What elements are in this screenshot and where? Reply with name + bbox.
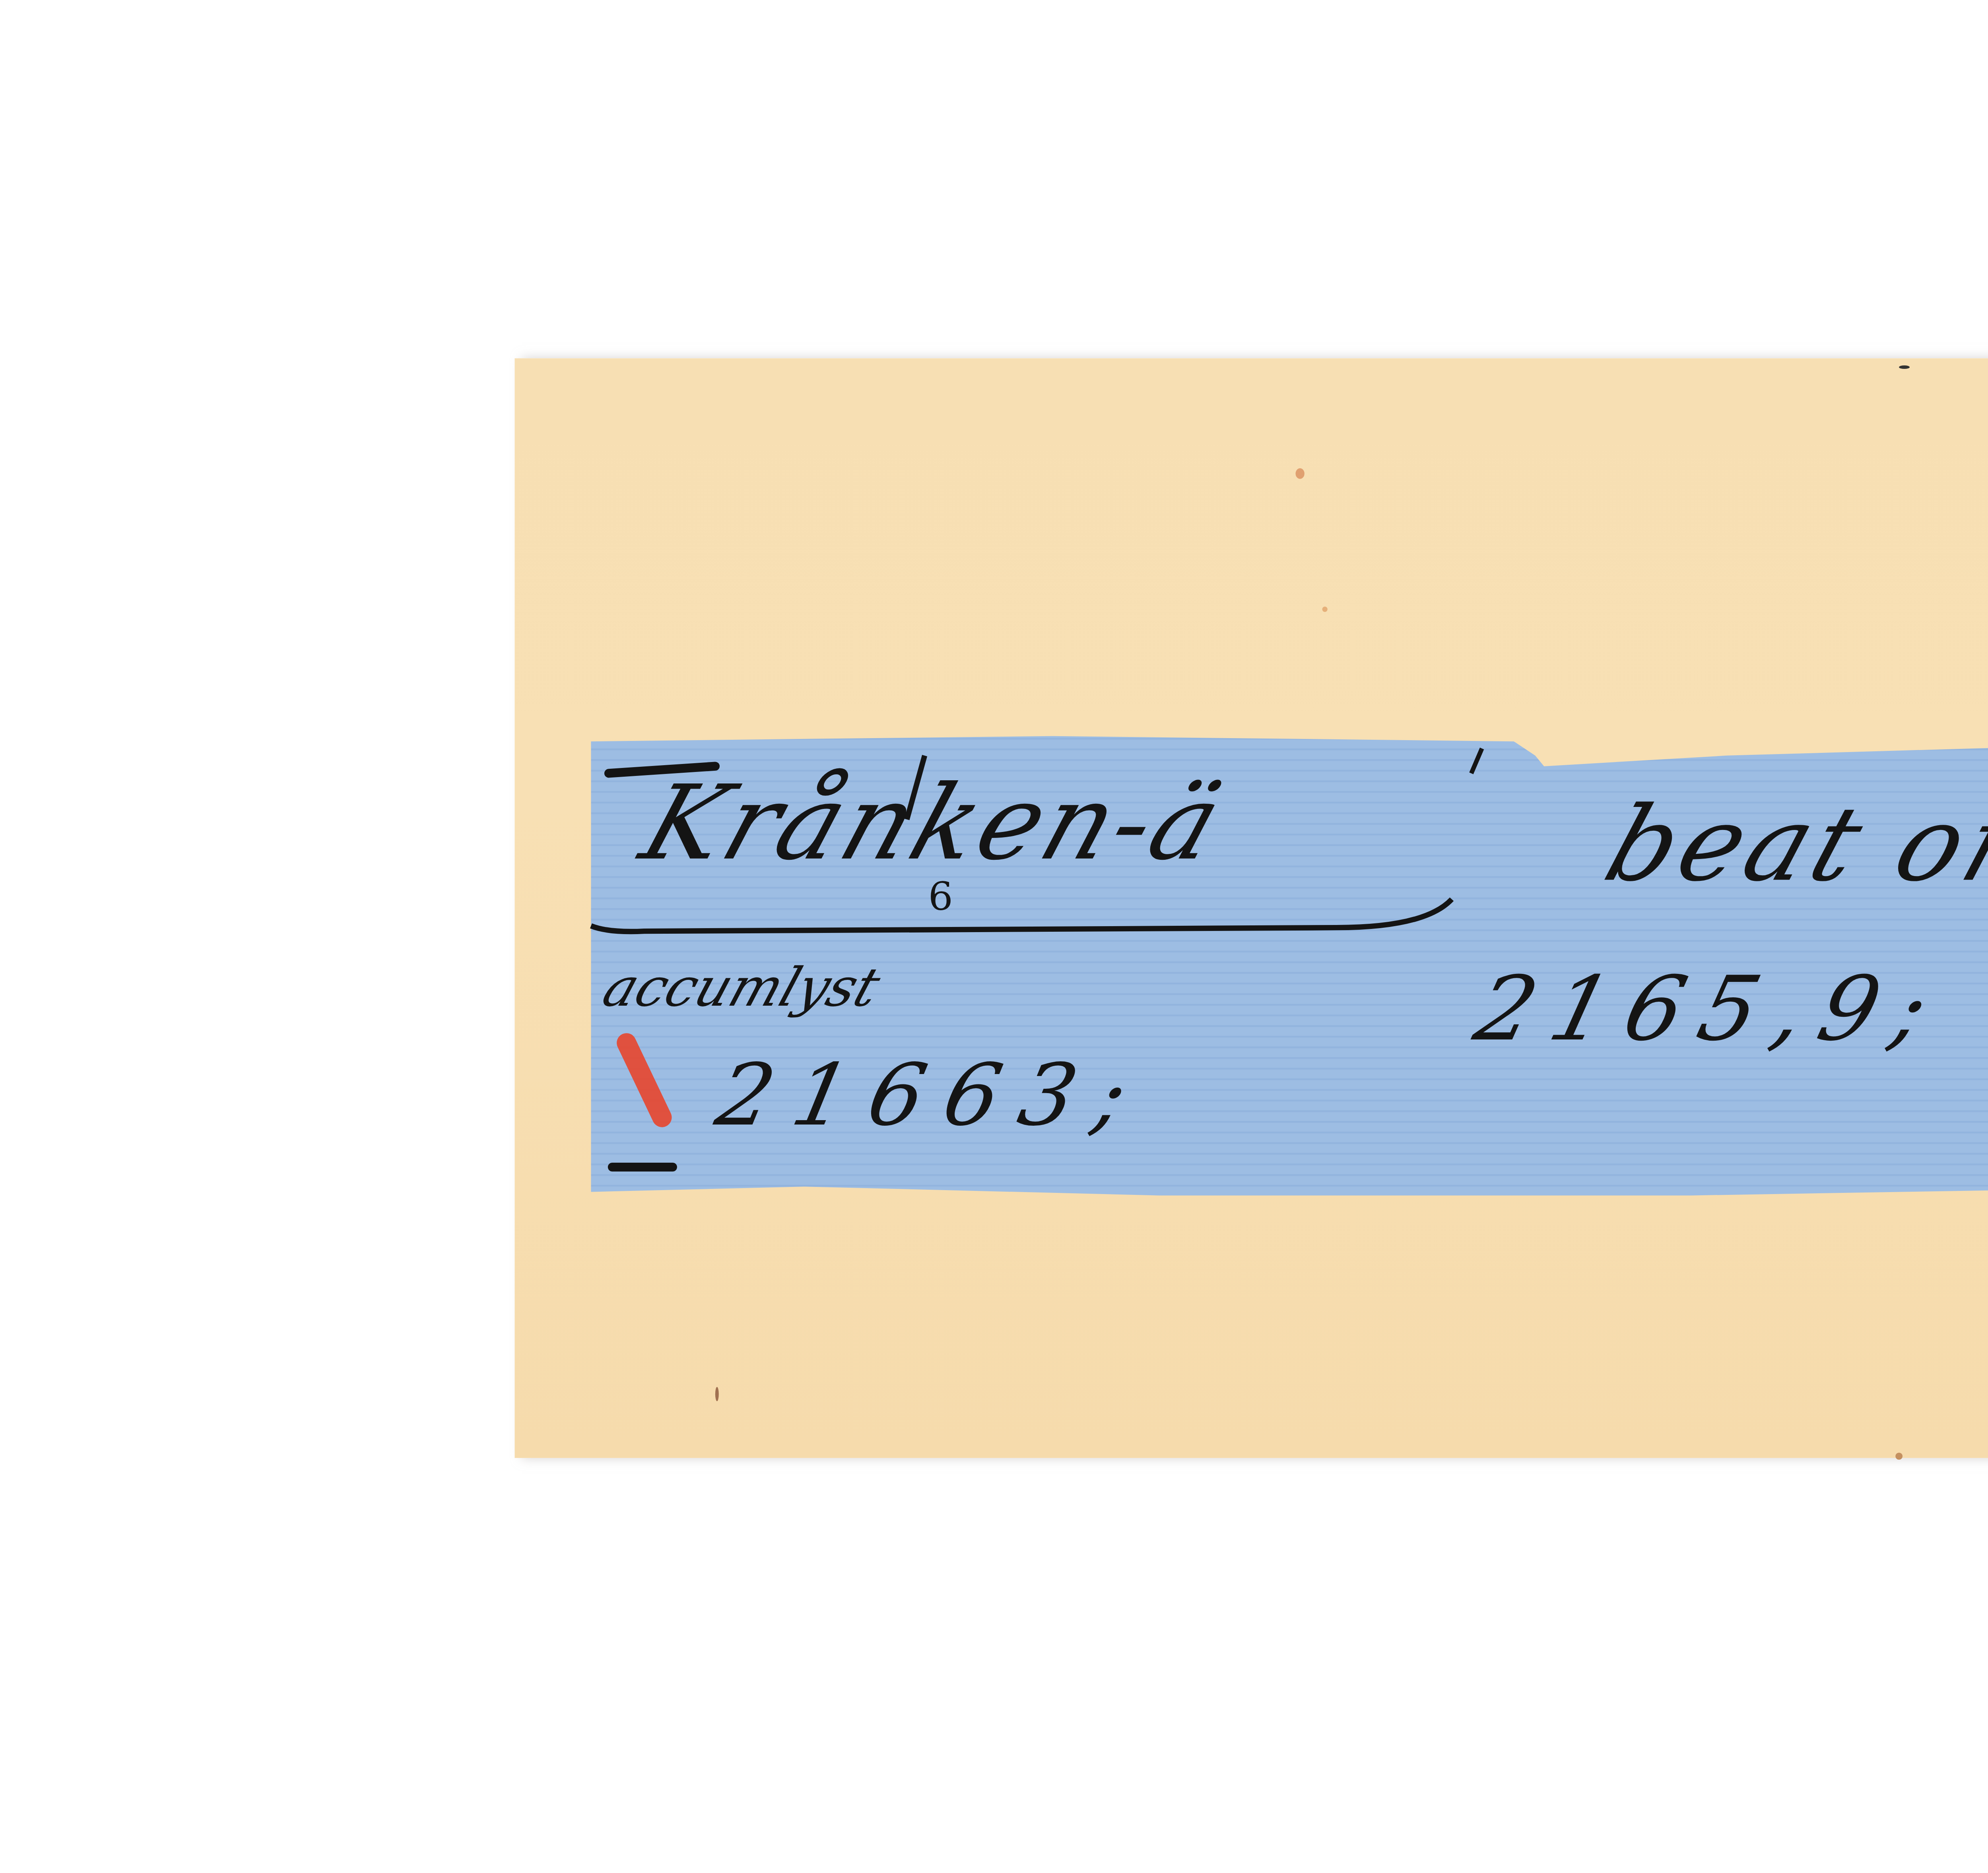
foxing-spot — [1296, 468, 1305, 479]
inscription-line2-left-word: accumlyst — [595, 958, 887, 1020]
inscription-line1-right: beat on — [1592, 784, 1988, 904]
inscription-subscript: 6 — [928, 876, 953, 921]
photo-stage: Krånken-ä 6 beat on accumlyst 21663; 216… — [0, 0, 1988, 1873]
foxing-spot — [1322, 607, 1327, 612]
foxing-spot — [1899, 365, 1910, 369]
blue-paper-strip: Krånken-ä 6 beat on accumlyst 21663; 216… — [591, 731, 1988, 1195]
inscription-line2-right-number: 2165,9; — [1466, 958, 1956, 1061]
foxing-spot — [715, 1387, 719, 1401]
inscription-line2-left-number: 21663; — [708, 1047, 1157, 1146]
foxing-spot — [1895, 1452, 1903, 1460]
inscription-line1-left: Krånken-ä — [628, 763, 1239, 883]
